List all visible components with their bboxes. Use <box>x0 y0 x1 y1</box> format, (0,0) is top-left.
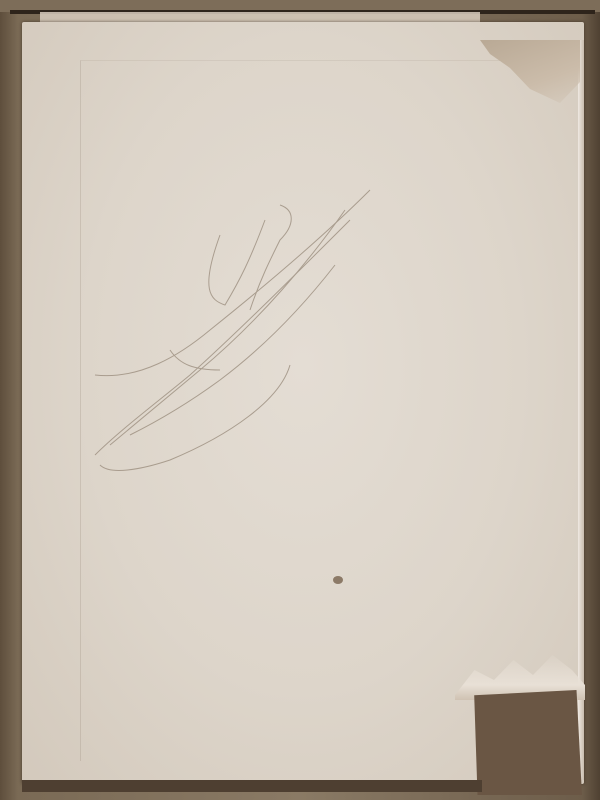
pencil-scribble <box>80 180 380 480</box>
torn-bottom-right-corner <box>472 690 582 795</box>
stain-spot <box>333 576 343 584</box>
card-right-edge <box>578 40 584 780</box>
bottom-board-edge <box>22 780 482 792</box>
